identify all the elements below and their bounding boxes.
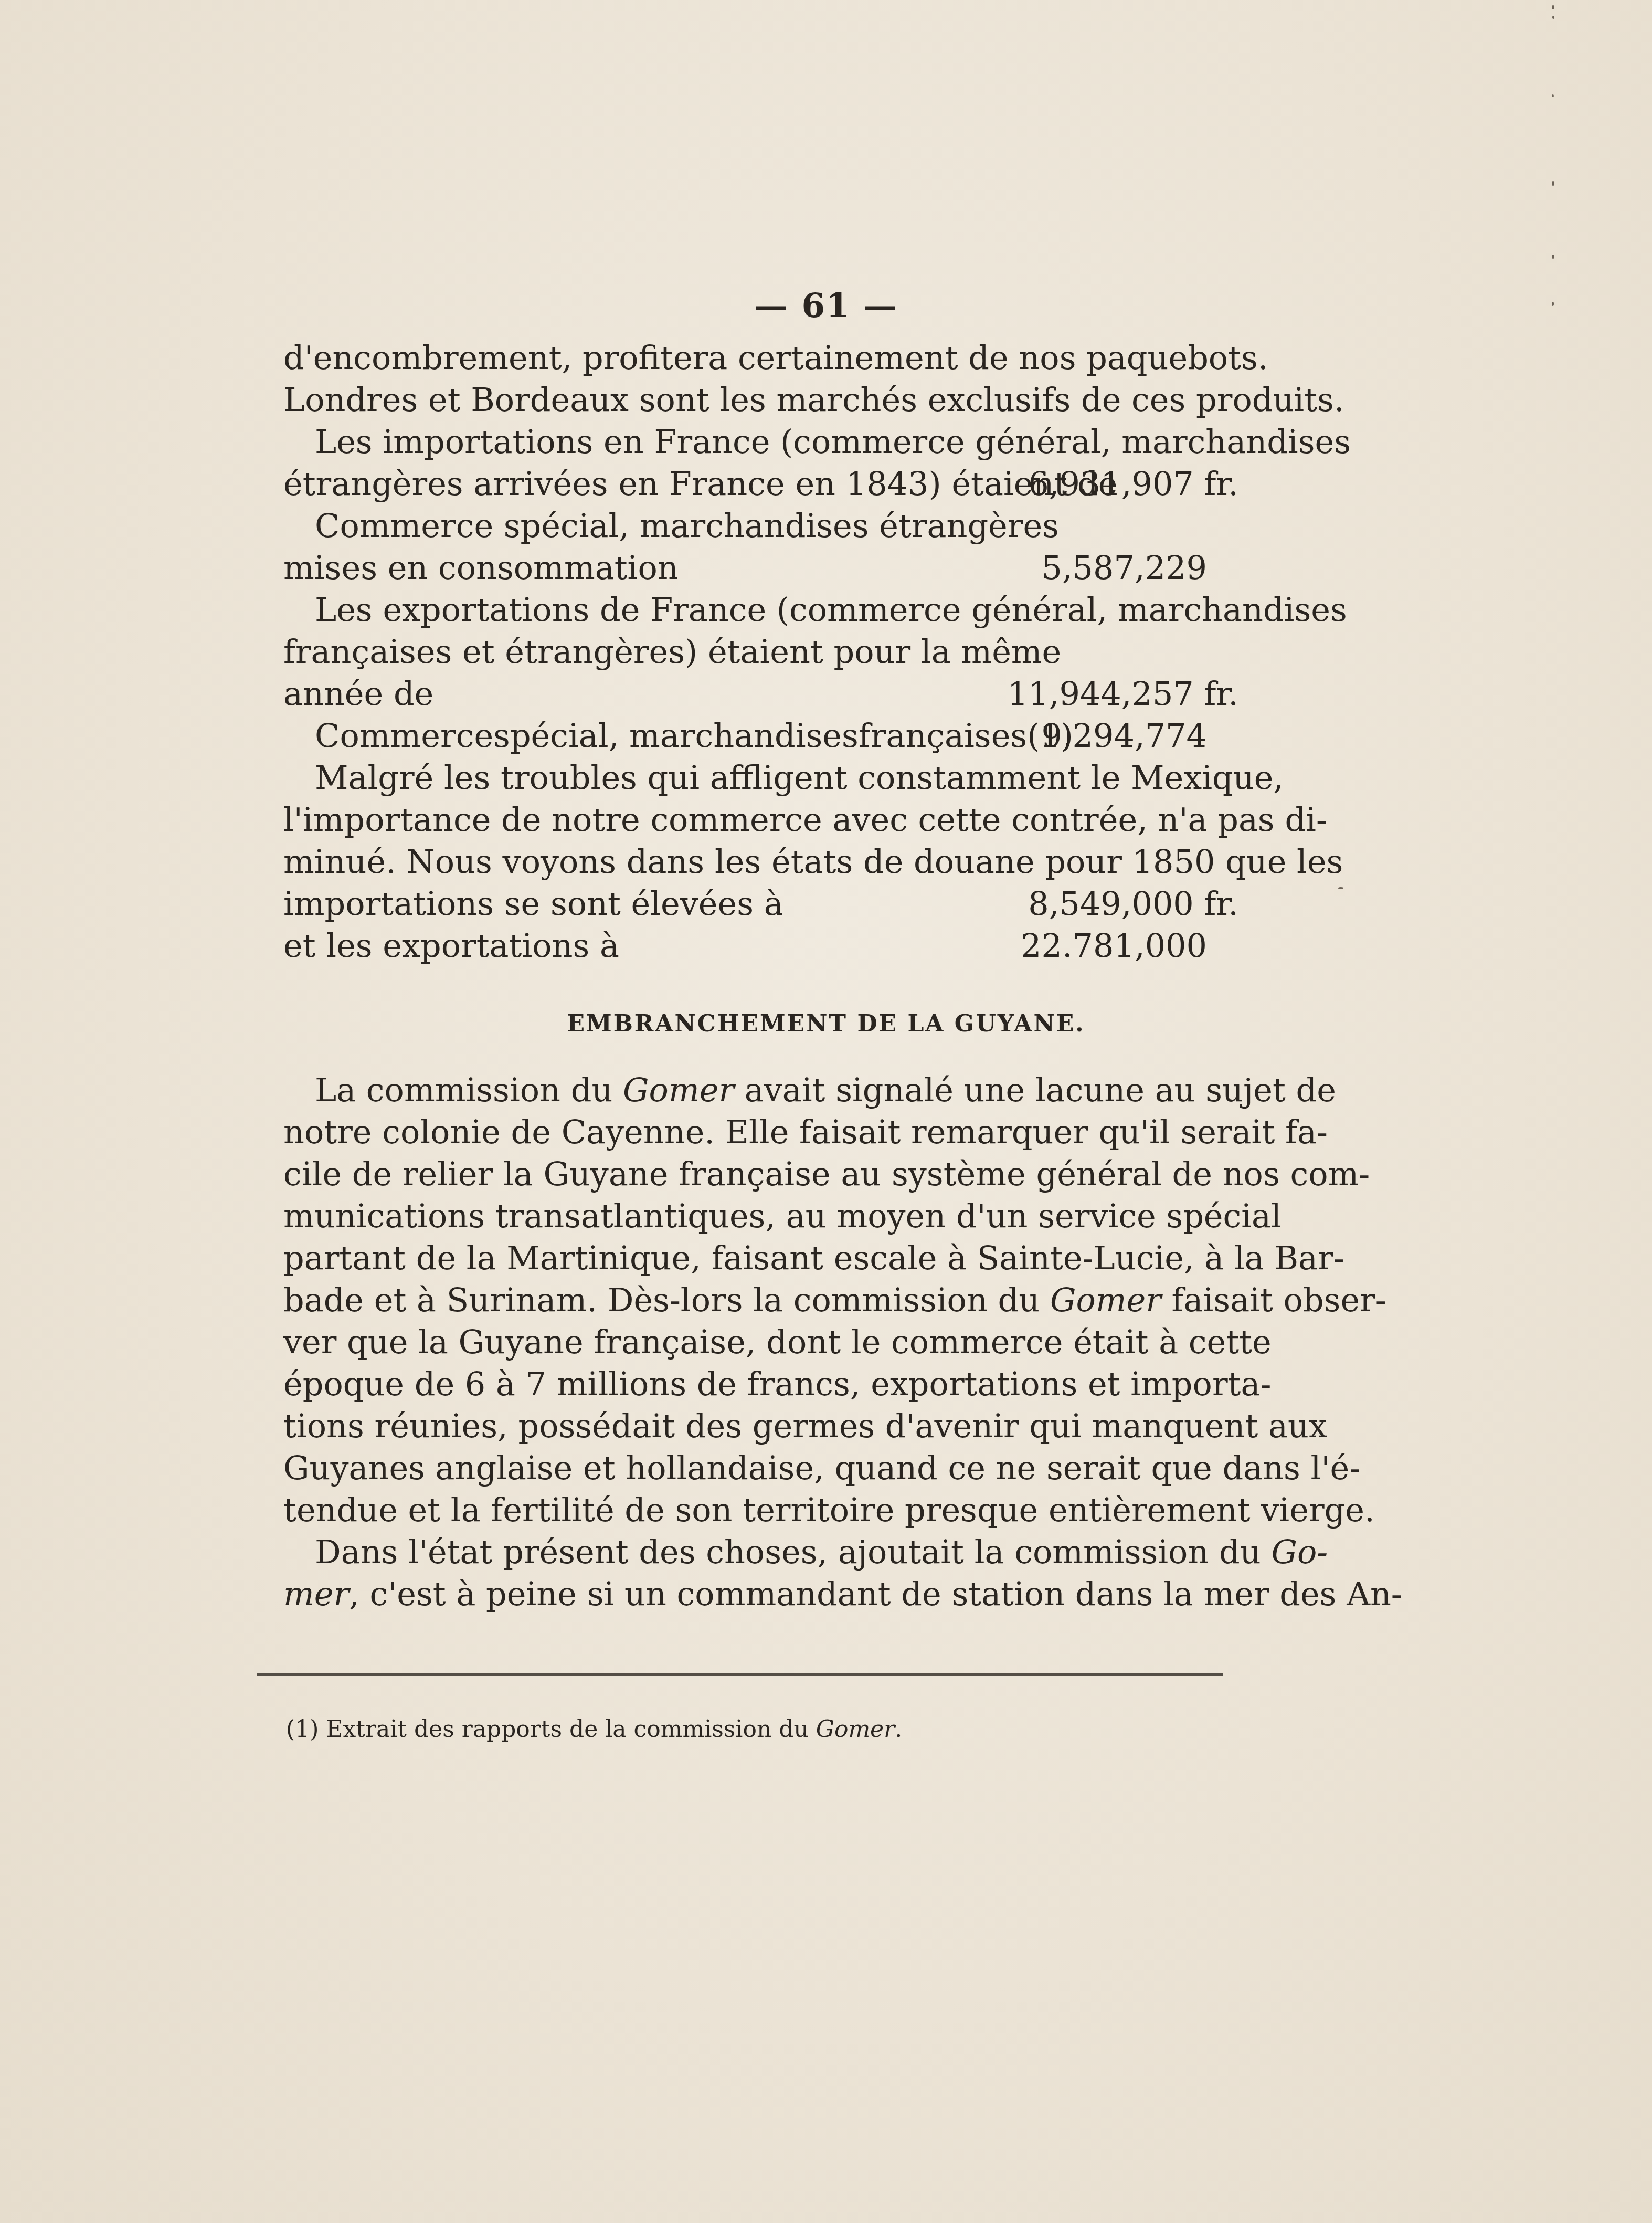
- text-line: Londres et Bordeaux sont les marchés exc…: [283, 379, 1244, 421]
- text-line: Dans l'état présent des choses, ajoutait…: [315, 1531, 1244, 1573]
- ship-name: Gomer: [1050, 1281, 1161, 1319]
- row-label: mises en consommation: [283, 549, 679, 587]
- footnote: (1) Extrait des rapports de la commissio…: [286, 1714, 902, 1745]
- footnote-marker: (1): [286, 1716, 319, 1743]
- scan-speck: [1338, 887, 1343, 889]
- ship-name: Go-: [1271, 1533, 1328, 1571]
- row-amount: 22.781,000: [1021, 925, 1207, 967]
- scan-speck: [1552, 181, 1554, 186]
- row-label: année de: [283, 675, 433, 713]
- scan-speck: [1552, 5, 1554, 9]
- text-line: époque de 6 à 7 millions de francs, expo…: [283, 1363, 1244, 1405]
- text-row: année de 11,944,257 fr.: [283, 673, 1244, 715]
- text-row: et les exportations à 22.781,000: [283, 925, 1244, 967]
- scan-speck: [1552, 94, 1554, 97]
- ship-name: Gomer: [623, 1071, 734, 1109]
- text-line: d'encombrement, profitera certainement d…: [283, 337, 1244, 379]
- text-row: Commerce spécial, marchandises étrangère…: [315, 505, 1244, 547]
- text-line: l'importance de notre commerce avec cett…: [283, 799, 1244, 841]
- text-row: mises en consommation 5,587,229: [283, 547, 1244, 589]
- text-line: cile de relier la Guyane française au sy…: [283, 1153, 1244, 1195]
- text-row: françaises et étrangères) étaient pour l…: [283, 631, 1244, 673]
- ship-name: mer: [283, 1575, 349, 1613]
- row-label: et les exportations à: [283, 926, 619, 965]
- row-label: Commercespécial, marchandisesfrançaises(…: [315, 717, 1073, 755]
- text-line: Les exportations de France (commerce gén…: [315, 589, 1244, 631]
- footnote-rule: [257, 1673, 1223, 1676]
- row-label: importations se sont élevées à: [283, 884, 783, 923]
- text-line: La commission du Gomer avait signalé une…: [315, 1069, 1244, 1111]
- text-line: tions réunies, possédait des germes d'av…: [283, 1405, 1244, 1447]
- text-line: tendue et la fertilité de son territoire…: [283, 1489, 1244, 1531]
- ship-name: Gomer: [816, 1716, 895, 1743]
- scan-speck: [1552, 16, 1554, 19]
- row-amount: 9,294,774: [1041, 715, 1207, 757]
- text-line: ver que la Guyane française, dont le com…: [283, 1321, 1244, 1363]
- text-row: importations se sont élevées à 8,549,000…: [283, 883, 1244, 925]
- scan-speck: [1552, 255, 1554, 259]
- text-line: mer, c'est à peine si un commandant de s…: [283, 1573, 1244, 1615]
- row-label: françaises et étrangères) étaient pour l…: [283, 633, 1061, 671]
- page-number: — 61 —: [0, 286, 1652, 325]
- text-line: notre colonie de Cayenne. Elle faisait r…: [283, 1111, 1244, 1153]
- text-row: étrangères arrivées en France en 1843) é…: [283, 463, 1244, 505]
- section-heading: EMBRANCHEMENT DE LA GUYANE.: [0, 1010, 1652, 1037]
- row-label: Commerce spécial, marchandises étrangère…: [315, 507, 1059, 545]
- text-line: Guyanes anglaise et hollandaise, quand c…: [283, 1447, 1244, 1489]
- row-amount: 5,587,229: [1041, 547, 1207, 589]
- text-line: minué. Nous voyons dans les états de dou…: [283, 841, 1244, 883]
- text-row: Commercespécial, marchandisesfrançaises(…: [315, 715, 1244, 757]
- row-amount: 6,931,907 fr.: [1028, 463, 1238, 505]
- row-label: étrangères arrivées en France en 1843) é…: [283, 465, 1117, 503]
- row-amount: 8,549,000 fr.: [1028, 883, 1238, 925]
- text-line: bade et à Surinam. Dès-lors la commissio…: [283, 1279, 1244, 1321]
- text-line: partant de la Martinique, faisant escale…: [283, 1237, 1244, 1279]
- text-line: Malgré les troubles qui affligent consta…: [315, 757, 1244, 799]
- text-line: Les importations en France (commerce gén…: [315, 421, 1244, 463]
- scan-speck: [1552, 302, 1554, 306]
- row-amount: 11,944,257 fr.: [1008, 673, 1238, 715]
- text-line: munications transatlantiques, au moyen d…: [283, 1195, 1244, 1237]
